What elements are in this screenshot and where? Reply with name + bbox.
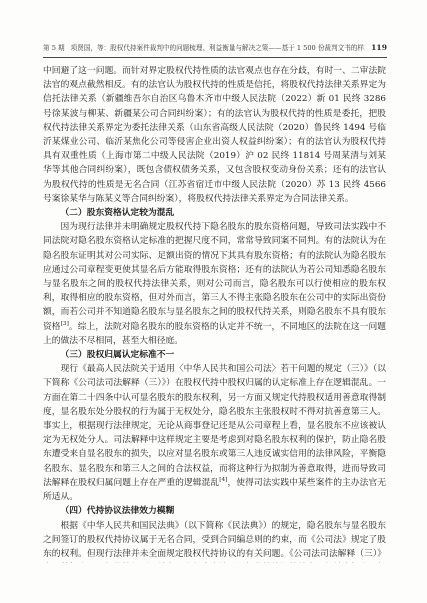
page-number: 119 <box>371 43 387 52</box>
article-body: 中回避了这一问题。而针对界定股权代持性质的法官观点也存在分歧，有时一、二审法院法… <box>43 64 386 563</box>
section-heading-equity-ownership: （三）股权归属认定标准不一 <box>43 348 386 362</box>
footnote-ref-3: [3] <box>61 321 69 327</box>
paper-page: 第 5 期 项贤国，等：股权代持案件裁判中的问题梳理、利益衡量与解决之策——基于… <box>0 0 427 603</box>
section-heading-agreement-validity: （四）代持协议法律效力模糊 <box>43 504 386 518</box>
issue-label: 第 5 期 <box>43 42 65 52</box>
paragraph-shareholder-qualification: 因为现行法律并未明确规定股权代持下隐名股东的股东资格问题，导致司法实践中不同法院… <box>43 220 386 348</box>
paragraph-2-text-cont: 。综上，法院对隐名股东的股东资格的认定并不统一，不同地区的法院在这一问题上的做法… <box>43 322 386 346</box>
paragraph-2-text: 因为现行法律并未明确规定股权代持下隐名股东的股东资格问题，导致司法实践中不同法院… <box>43 222 386 331</box>
section-heading-shareholder-qualification: （二）股东资格认定较为混乱 <box>43 206 386 220</box>
paragraph-3-text: 现行《最高人民法院关于适用〈中华人民共和国公司法〉若干问题的规定（三）》（以下简… <box>43 364 386 488</box>
running-header: 第 5 期 项贤国，等：股权代持案件裁判中的问题梳理、利益衡量与解决之策——基于… <box>43 42 387 52</box>
paragraph-equity-ownership: 现行《最高人民法院关于适用〈中华人民共和国公司法〉若干问题的规定（三）》（以下简… <box>43 362 386 504</box>
paragraph-continuation: 中回避了这一问题。而针对界定股权代持性质的法官观点也存在分歧，有时一、二审法院法… <box>43 64 386 206</box>
header-rule <box>43 57 387 58</box>
running-title: 项贤国，等：股权代持案件裁判中的问题梳理、利益衡量与解决之策——基于 1 500… <box>71 42 366 52</box>
paragraph-agreement-validity: 根据《中华人民共和国民法典》（以下简称《民法典》）的规定，隐名股东与显名股东之间… <box>43 519 386 564</box>
